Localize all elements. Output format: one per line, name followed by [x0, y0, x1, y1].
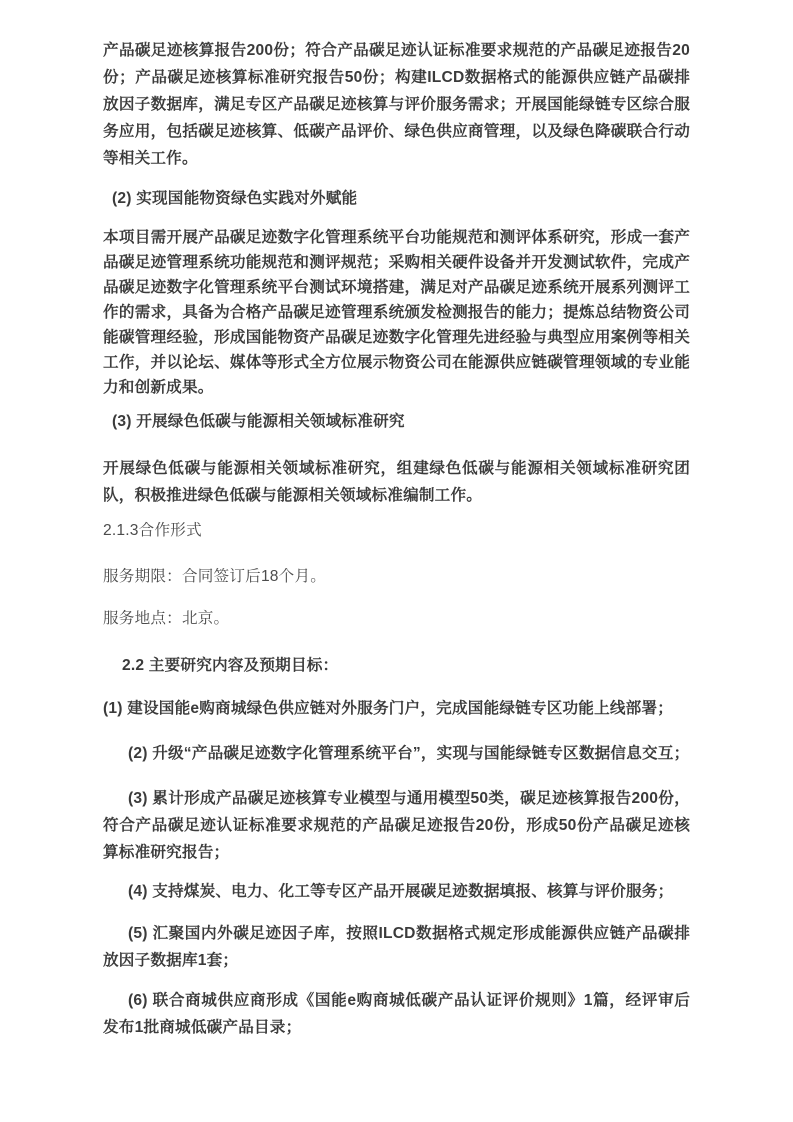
- paragraph-carbon-reports-continued: 产品碳足迹核算报告200份；符合产品碳足迹认证标准要求规范的产品碳足迹报告20份…: [103, 37, 690, 172]
- document-page: 产品碳足迹核算报告200份；符合产品碳足迹认证标准要求规范的产品碳足迹报告20份…: [0, 0, 793, 1122]
- goal-item-2: (2) 升级“产品碳足迹数字化管理系统平台”，实现与国能绿链专区数据信息交互；: [103, 740, 690, 767]
- heading-2-green-practice: (2) 实现国能物资绿色实践对外赋能: [103, 185, 690, 212]
- goal-item-5: (5) 汇聚国内外碳足迹因子库，按照ILCD数据格式规定形成能源供应链产品碳排放…: [103, 920, 690, 974]
- paragraph-standards-team: 开展绿色低碳与能源相关领域标准研究，组建绿色低碳与能源相关领域标准研究团队，积极…: [103, 455, 690, 509]
- section-2-1-3-title: 2.1.3合作形式: [103, 517, 690, 544]
- service-location-line: 服务地点：北京。: [103, 605, 690, 632]
- section-2-2-title: 2.2 主要研究内容及预期目标：: [103, 652, 690, 679]
- goal-item-3: (3) 累计形成产品碳足迹核算专业模型与通用模型50类，碳足迹核算报告200份，…: [103, 785, 690, 866]
- heading-3-standards-research: (3) 开展绿色低碳与能源相关领域标准研究: [103, 408, 690, 435]
- goal-item-6: (6) 联合商城供应商形成《国能e购商城低碳产品认证评价规则》1篇，经评审后发布…: [103, 987, 690, 1041]
- goal-item-1: (1) 建设国能e购商城绿色供应链对外服务门户，完成国能绿链专区功能上线部署；: [103, 695, 690, 722]
- paragraph-system-platform: 本项目需开展产品碳足迹数字化管理系统平台功能规范和测评体系研究，形成一套产品碳足…: [103, 225, 690, 400]
- service-period-line: 服务期限：合同签订后18个月。: [103, 563, 690, 590]
- goal-item-4: (4) 支持煤炭、电力、化工等专区产品开展碳足迹数据填报、核算与评价服务；: [103, 878, 690, 905]
